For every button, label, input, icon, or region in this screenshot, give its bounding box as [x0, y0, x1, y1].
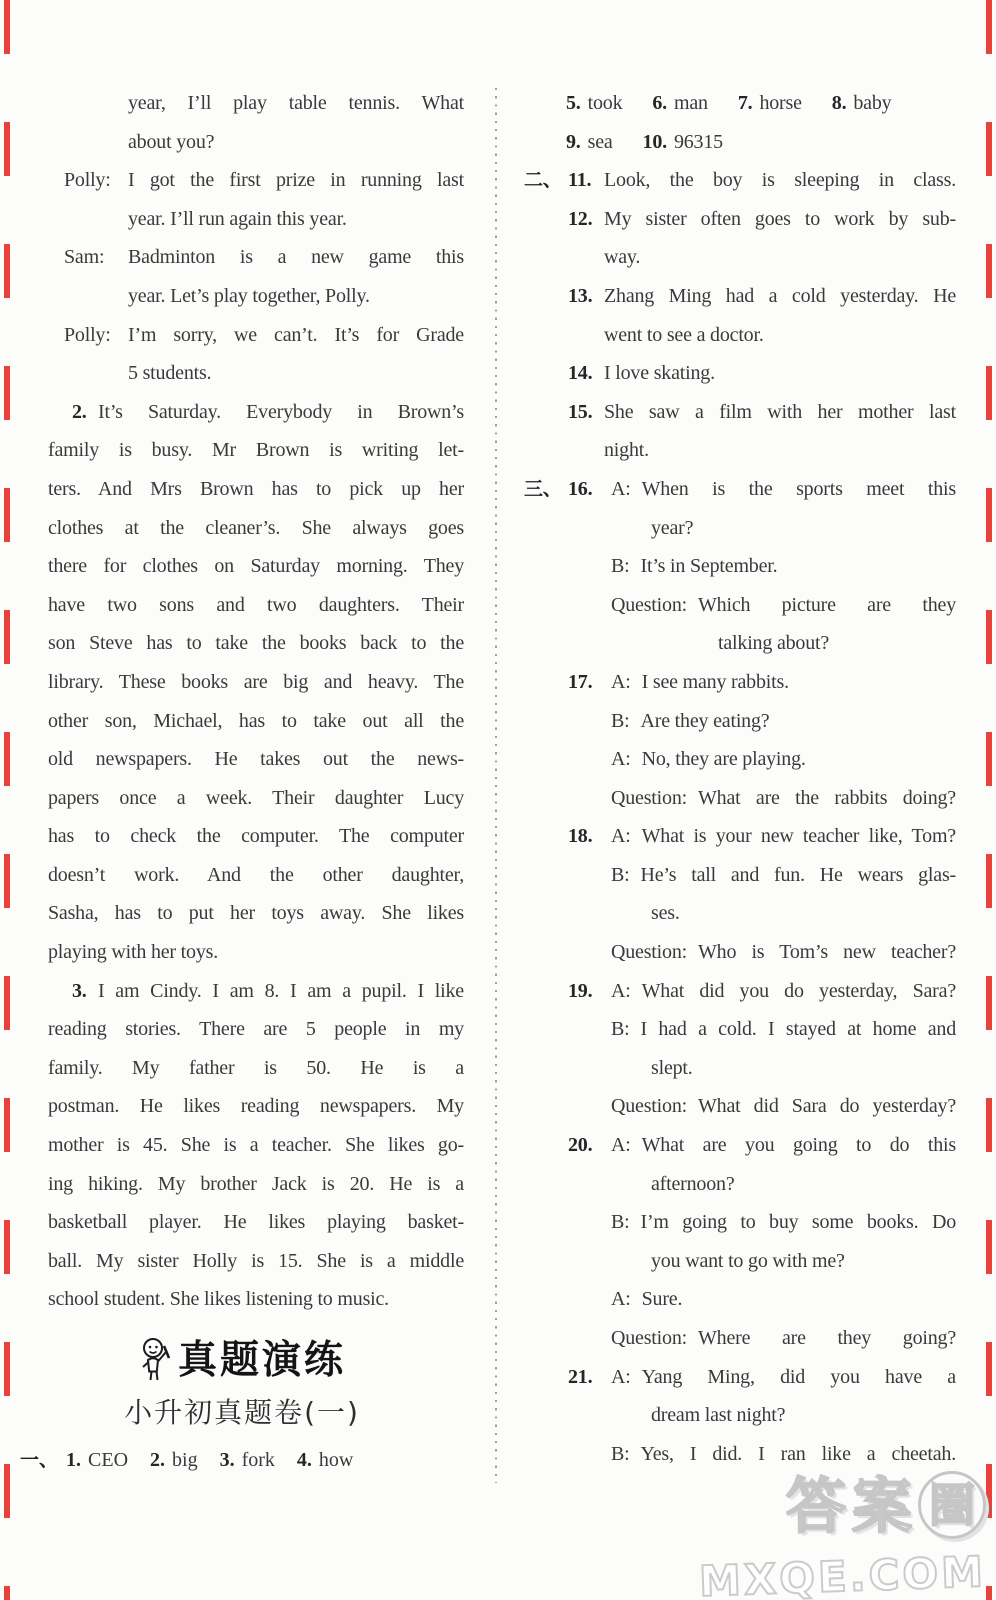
speaker-label: Question: [611, 787, 687, 809]
numbered-dialog-item: 21.A:Yang Ming, did you have a [520, 1358, 956, 1397]
item-number: 1. [66, 1449, 81, 1471]
text-line: doesn’t work. And the other daughter, [20, 856, 464, 895]
text-line: clothes at the cleaner’s. She always goe… [20, 509, 464, 548]
text-line: way. [520, 238, 956, 277]
item-number: 13. [568, 277, 592, 316]
numbered-dialog-item: 19.A:What did you do yesterday, Sara? [520, 972, 956, 1011]
text-line: school student. She likes listening to m… [20, 1280, 464, 1319]
text-line: ses. [520, 894, 956, 933]
dialog-line: A:Sure. [520, 1280, 956, 1319]
item-number: 2. [150, 1449, 165, 1471]
dialog-line: Question:What are the rabbits doing? [520, 779, 956, 818]
left-column: year, I’ll play table tennis. What about… [20, 84, 464, 1479]
speaker-label: A: [611, 748, 631, 770]
text-line: mother is 45. She is a teacher. She like… [20, 1126, 464, 1165]
text-line: year. Let’s play together, Polly. [20, 277, 464, 316]
speaker-label: Question: [611, 594, 687, 616]
item-number: 7. [738, 92, 753, 114]
text-line: there for clothes on Saturday morning. T… [20, 547, 464, 586]
speaker-label: B: [611, 1211, 630, 1233]
dialog-line: Question:Who is Tom’s new teacher? [520, 933, 956, 972]
text-line: Sasha, has to put her toys away. She lik… [20, 894, 464, 933]
column-divider-dotted-line [495, 88, 497, 1483]
text-line: dream last night? [520, 1396, 956, 1435]
text-line: have two sons and two daughters. Their [20, 586, 464, 625]
item-number: 11. [568, 161, 591, 200]
text-line: year, I’ll play table tennis. What [20, 84, 464, 123]
answers-line: 9.sea10.96315 [520, 123, 956, 162]
text-line: went to see a doctor. [520, 316, 956, 355]
item-number: 6. [652, 92, 667, 114]
numbered-dialog-item: 三、16.A:When is the sports meet this [520, 470, 956, 509]
item-number: 2. [22, 393, 87, 432]
dialog-line: Question:Where are they going? [520, 1319, 956, 1358]
speaker-label: A: [611, 1366, 631, 1388]
text-line: playing with her toys. [20, 933, 464, 972]
red-registration-marks-left [4, 0, 10, 1600]
text-line: ters. And Mrs Brown has to pick up her [20, 470, 464, 509]
text-line: talking about? [520, 624, 956, 663]
item-number: 20. [568, 1126, 592, 1165]
text-line: library. These books are big and heavy. … [20, 663, 464, 702]
item-number: 12. [568, 200, 592, 239]
speaker-label: B: [611, 710, 630, 732]
scanned-answer-page: { "page": { "section_header": "真题演练", "p… [0, 0, 996, 1600]
text-line: reading stories. There are 5 people in m… [20, 1010, 464, 1049]
section-marker: 二、 [524, 161, 562, 200]
text-line: has to check the computer. The computer [20, 817, 464, 856]
dialog-line: B:He’s tall and fun. He wears glas- [520, 856, 956, 895]
speaker-label: A: [611, 1134, 631, 1156]
speaker-label: B: [611, 1443, 630, 1465]
numbered-item: 二、11.Look, the boy is sleeping in class. [520, 161, 956, 200]
item-number: 15. [568, 393, 592, 432]
speaker-label: Question: [611, 1327, 687, 1349]
right-column: 5.took6.man7.horse8.baby 9.sea10.96315 二… [520, 84, 956, 1473]
paper-title: 小升初真题卷(一) [20, 1389, 464, 1437]
item-number: 3. [220, 1449, 235, 1471]
speaker-label: B: [611, 555, 630, 577]
speaker-label: Question: [611, 941, 687, 963]
text-line: family. My father is 50. He is a [20, 1049, 464, 1088]
item-number: 5. [566, 92, 581, 114]
section-marker: 一、 [20, 1449, 58, 1471]
speaker-label: Polly: [64, 161, 111, 200]
watermark: 答案圈 MXQE.COM [699, 1459, 986, 1596]
speaker-label: B: [611, 1018, 630, 1040]
item-number: 9. [566, 131, 581, 153]
item-number: 8. [832, 92, 847, 114]
dialog-line: B:Are they eating? [520, 702, 956, 741]
text-line: family is busy. Mr Brown is writing let- [20, 431, 464, 470]
item-number: 4. [297, 1449, 312, 1471]
watermark-site-url: MXQE.COM [698, 1547, 986, 1600]
item-number: 16. [568, 470, 592, 509]
item-number: 3. [22, 972, 87, 1011]
dialog-line: Question:Which picture are they [520, 586, 956, 625]
text-line: about you? [20, 123, 464, 162]
text-line: postman. He likes reading newspapers. My [20, 1087, 464, 1126]
numbered-item: 14.I love skating. [520, 354, 956, 393]
red-registration-marks-right [986, 0, 992, 1600]
item-number: 18. [568, 817, 592, 856]
item-number: 19. [568, 972, 592, 1011]
dialog-line: A:No, they are playing. [520, 740, 956, 779]
speaker-label: A: [611, 825, 631, 847]
dialog-line: Sam:Badminton is a new game this [20, 238, 464, 277]
section-header-title: 真题演练 [178, 1338, 346, 1383]
text-line: other son, Michael, has to take out all … [20, 702, 464, 741]
text-line: papers once a week. Their daughter Lucy [20, 779, 464, 818]
text-line: you want to go with me? [520, 1242, 956, 1281]
speaker-label: A: [611, 1288, 631, 1310]
text-line: year. I’ll run again this year. [20, 200, 464, 239]
speaker-label: Sam: [64, 238, 104, 277]
numbered-dialog-item: 17.A:I see many rabbits. [520, 663, 956, 702]
speaker-label: A: [611, 478, 631, 500]
speaker-label: A: [611, 980, 631, 1002]
item-number: 21. [568, 1358, 592, 1397]
text-line: slept. [520, 1049, 956, 1088]
answers-line: 5.took6.man7.horse8.baby [520, 84, 956, 123]
text-line: old newspapers. He takes out the news- [20, 740, 464, 779]
dialog-line: Question:What did Sara do yesterday? [520, 1087, 956, 1126]
numbered-item: 13.Zhang Ming had a cold yesterday. He [520, 277, 956, 316]
item-number: 10. [643, 131, 667, 153]
numbered-item: 12.My sister often goes to work by sub- [520, 200, 956, 239]
text-line: basketball player. He likes playing bask… [20, 1203, 464, 1242]
speaker-label: B: [611, 864, 630, 886]
dialog-line: B:I’m going to buy some books. Do [520, 1203, 956, 1242]
paragraph-start: 2.It’s Saturday. Everybody in Brown’s [20, 393, 464, 432]
text-line: afternoon? [520, 1165, 956, 1204]
student-cartoon-icon [138, 1337, 174, 1388]
speaker-label: Polly: [64, 316, 111, 355]
text-line: ball. My sister Holly is 15. She is a mi… [20, 1242, 464, 1281]
text-line: year? [520, 509, 956, 548]
dialog-line: Polly:I got the first prize in running l… [20, 161, 464, 200]
dialog-line: B:It’s in September. [520, 547, 956, 586]
item-number: 17. [568, 663, 592, 702]
numbered-dialog-item: 20.A:What are you going to do this [520, 1126, 956, 1165]
watermark-circled-character: 圈 [918, 1471, 986, 1539]
numbered-item: 15.She saw a film with her mother last [520, 393, 956, 432]
section-marker: 三、 [524, 470, 562, 509]
answers-row: 一、1.CEO2.big3.fork4.how [20, 1441, 464, 1479]
text-line: ing hiking. My brother Jack is 20. He is… [20, 1165, 464, 1204]
section-header: 真题演练 [20, 1329, 464, 1389]
watermark-logo: 答案圈 [699, 1459, 986, 1545]
dialog-line: B:I had a cold. I stayed at home and [520, 1010, 956, 1049]
text-line: son Steve has to take the books back to … [20, 624, 464, 663]
text-line: night. [520, 431, 956, 470]
speaker-label: Question: [611, 1095, 687, 1117]
text-line: 5 students. [20, 354, 464, 393]
speaker-label: A: [611, 671, 631, 693]
numbered-dialog-item: 18.A:What is your new teacher like, Tom? [520, 817, 956, 856]
paragraph-start: 3.I am Cindy. I am 8. I am a pupil. I li… [20, 972, 464, 1011]
dialog-line: Polly:I’m sorry, we can’t. It’s for Grad… [20, 316, 464, 355]
item-number: 14. [568, 354, 592, 393]
